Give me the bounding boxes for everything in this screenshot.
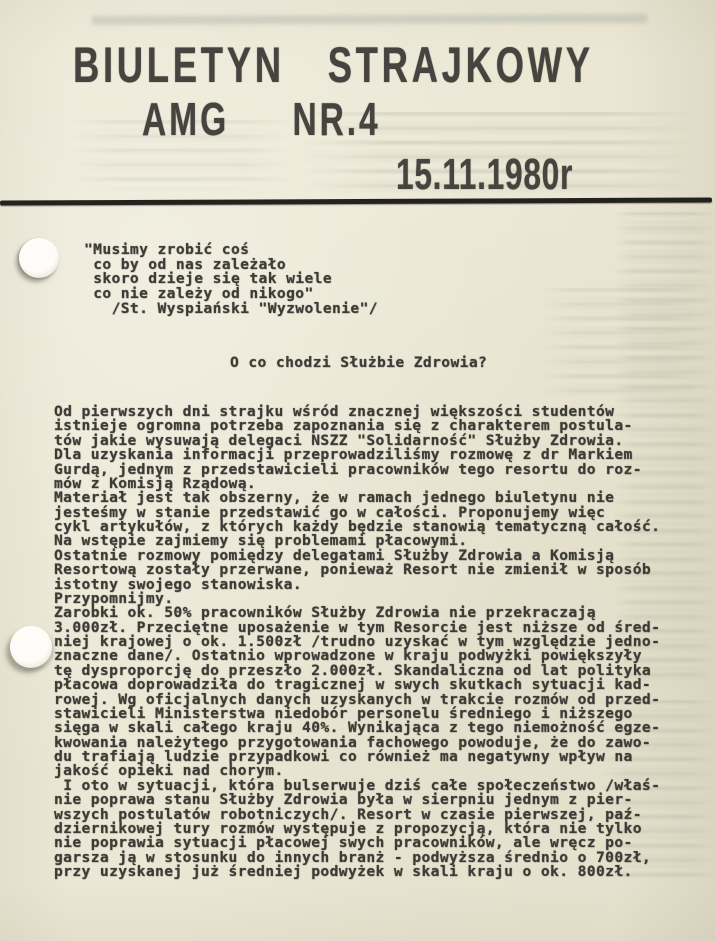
- bleedthrough-text-smudge: [540, 288, 698, 396]
- scanned-bulletin-page: BIULETYN STRAJKOWY AMG NR.4 15.11.1980r …: [0, 0, 715, 941]
- article-body: Od pierwszych dni strajku wśród znacznej…: [54, 405, 684, 879]
- divider-rule: [0, 197, 712, 205]
- scan-band-smudge: [92, 14, 647, 25]
- bulletin-date: 15.11.1980r: [396, 150, 573, 200]
- bulletin-title: BIULETYN STRAJKOWY: [73, 36, 594, 94]
- article-title: O co chodzi Służbie Zdrowia?: [230, 354, 487, 371]
- punch-hole-top: [19, 238, 59, 278]
- punch-hole-bottom: [10, 626, 52, 668]
- epigraph-attribution: /St. Wyspiański "Wyzwolenie"/: [84, 302, 378, 317]
- bulletin-issue-number: AMG NR.4: [142, 92, 381, 146]
- epigraph-quote: "Musimy zrobić coś co by od nas zależało…: [84, 243, 332, 301]
